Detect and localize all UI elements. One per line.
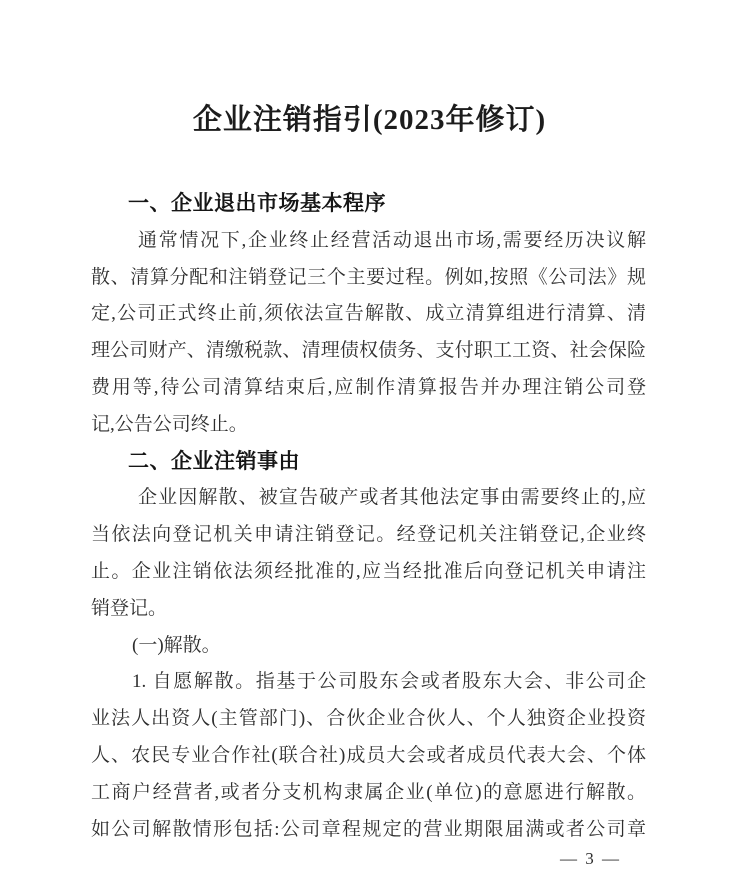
page-number: — 3 —: [560, 849, 621, 869]
section-heading-2: 二、企业注销事由: [91, 444, 646, 481]
document-page: 企业注销指引(2023年修订) 一、企业退出市场基本程序 通常情况下,企业终止经…: [0, 0, 739, 890]
subsection-heading: (一)解散。: [91, 628, 646, 665]
section-heading-1: 一、企业退出市场基本程序: [91, 186, 646, 223]
body-line: 当依法向登记机关申请注销登记。经登记机关注销登记,企业终: [91, 517, 646, 554]
body-line: 人、农民专业合作社(联合社)成员大会或者成员代表大会、个体: [91, 738, 646, 775]
body-line: 费用等,待公司清算结束后,应制作清算报告并办理注销公司登: [91, 370, 646, 407]
body-line: 工商户经营者,或者分支机构隶属企业(单位)的意愿进行解散。: [91, 775, 646, 812]
body-line: 1. 自愿解散。指基于公司股东会或者股东大会、非公司企: [91, 664, 646, 701]
body-line: 记,公告公司终止。: [91, 407, 646, 444]
body-line: 如公司解散情形包括:公司章程规定的营业期限届满或者公司章: [91, 812, 646, 849]
body-line: 通常情况下,企业终止经营活动退出市场,需要经历决议解: [91, 223, 646, 260]
body-line: 止。企业注销依法须经批准的,应当经批准后向登记机关申请注: [91, 554, 646, 591]
body-line: 散、清算分配和注销登记三个主要过程。例如,按照《公司法》规: [91, 260, 646, 297]
body-line: 业法人出资人(主管部门)、合伙企业合伙人、个人独资企业投资: [91, 701, 646, 738]
body-line: 企业因解散、被宣告破产或者其他法定事由需要终止的,应: [91, 480, 646, 517]
body-line: 理公司财产、清缴税款、清理债权债务、支付职工工资、社会保险: [91, 333, 646, 370]
body-line: 定,公司正式终止前,须依法宣告解散、成立清算组进行清算、清: [91, 296, 646, 333]
document-title: 企业注销指引(2023年修订): [0, 97, 739, 138]
body-line: 销登记。: [91, 591, 646, 628]
document-body: 一、企业退出市场基本程序 通常情况下,企业终止经营活动退出市场,需要经历决议解 …: [91, 186, 646, 848]
